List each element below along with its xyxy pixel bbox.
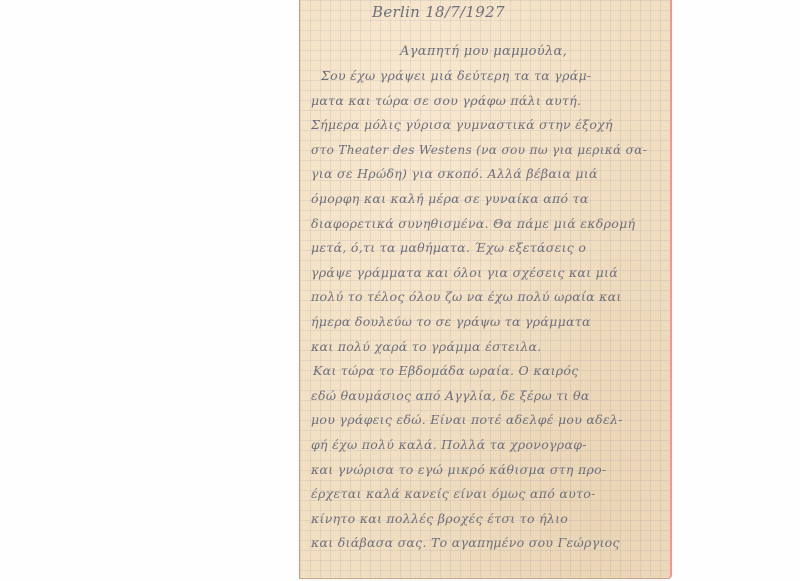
letter-line: πολύ το τέλος όλου ζω να έχω πολύ ωραία … [311,289,622,304]
letter-line: και γνώρισα το εγώ μικρό κάθισμα στη προ… [311,462,606,477]
letter-line: Σήμερα μόλις γύρισα γυμναστικά στην έξοχ… [311,117,613,132]
letter-line: φή έχω πολύ καλά. Πολλά τα χρονογραφ- [311,437,587,452]
letter-line: ματα και τώρα σε σου γράφω πάλι αυτή. [311,93,581,108]
letter-line: Και τώρα το Εβδομάδα ωραία. Ο καιρός [313,363,579,378]
letter-line: μου γράφεις εδώ. Είναι ποτέ αδελφέ μου α… [311,412,623,427]
letter-line: και πολύ χαρά το γράμμα έστειλα. [311,339,542,354]
letter-line: γράψε γράμματα και όλοι για σχέσεις και … [311,265,618,280]
letter-line: ήμερα δουλεύω το σε γράψω τα γράμματα [311,314,591,329]
letter-line: για σε Ηρώδη) για σκοπό. Αλλά βέβαια μιά [311,166,598,181]
letter-line: κίνητο και πολλές βροχές έτσι το ήλιο [311,511,568,526]
letter-date: Berlin 18/7/1927 [372,3,505,21]
scanned-letter: Berlin 18/7/1927 Αγαπητή μου μαμμούλα, Σ… [0,0,800,581]
letter-line: εδώ θαυμάσιος από Αγγλία, δε ξέρω τι θα [311,388,590,403]
letter-line: έρχεται καλά κανείς είναι όμως από αυτο- [311,486,596,501]
letter-line: Σου έχω γράψει μιά δεύτερη τα τα γράμ- [321,68,591,83]
letter-salutation: Αγαπητή μου μαμμούλα, [400,44,567,59]
letter-line: διαφορετικά συνηθισμένα. Θα πάμε μιά εκδ… [311,216,635,231]
letter-line: μετά, ό,τι τα μαθήματα. Έχω εξετάσεις ο [311,240,586,255]
letter-line: στο Theater des Westens (να σου πω για μ… [311,142,647,157]
letter-line: και διάβασα σας. Το αγαπημένο σου Γεώργι… [311,535,620,550]
letter-line: όμορφη και καλή μέρα σε γυναίκα από τα [311,191,589,206]
